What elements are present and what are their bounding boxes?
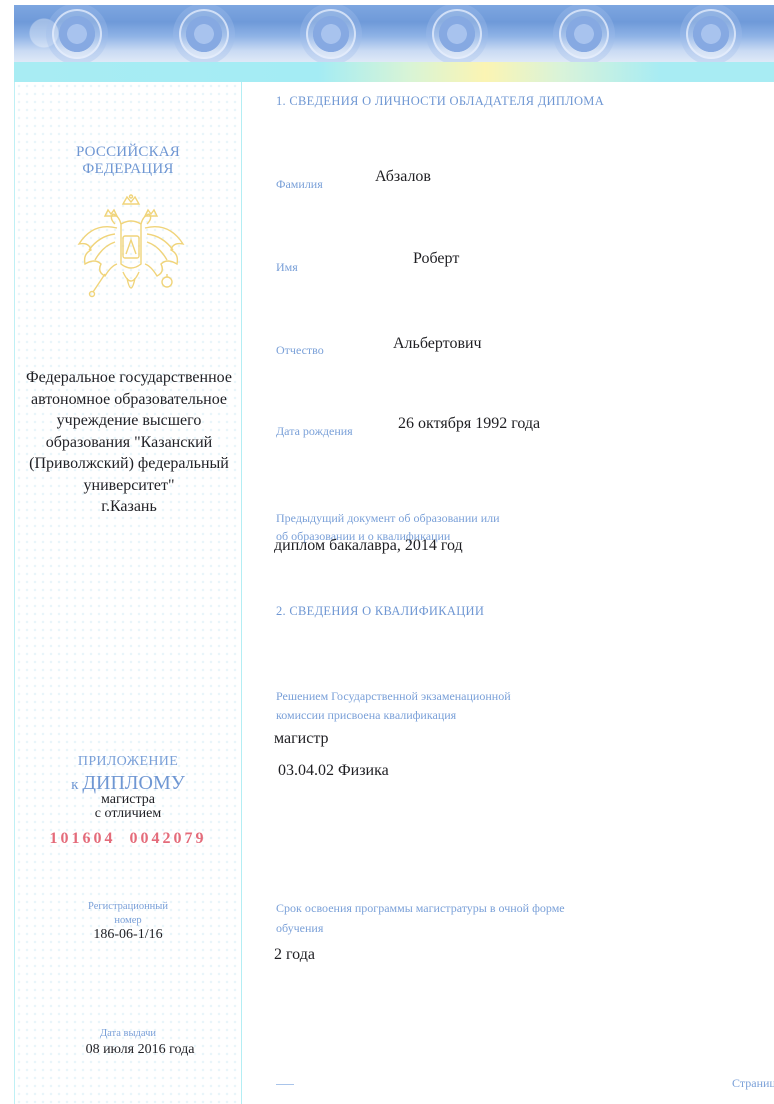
- birth-date-label: Дата рождения: [276, 424, 353, 439]
- org-line: Федеральное государственное: [15, 367, 243, 389]
- left-panel: РОССИЙСКАЯ ФЕДЕРАЦИЯ: [14, 82, 242, 1104]
- appendix-label: ПРИЛОЖЕНИЕ: [15, 754, 241, 770]
- country-line-2: ФЕДЕРАЦИЯ: [15, 161, 241, 178]
- degree-line-1: магистра: [15, 793, 241, 807]
- qualification-value: магистр: [274, 730, 329, 748]
- duration-label-line-1: Срок освоения программы магистратуры в о…: [276, 898, 565, 918]
- degree-type: магистра с отличием: [15, 793, 241, 821]
- reg-number-label: Регистрационный номер: [15, 900, 241, 928]
- country-name: РОССИЙСКАЯ ФЕДЕРАЦИЯ: [15, 144, 241, 178]
- org-line: образования "Казанский: [15, 432, 243, 454]
- name-label: Имя: [276, 260, 298, 275]
- section-2-title: 2. СВЕДЕНИЯ О КВАЛИФИКАЦИИ: [276, 604, 484, 619]
- patronymic-value: Альбертович: [393, 335, 482, 353]
- org-line: учреждение высшего: [15, 410, 243, 432]
- rosette-icon: [686, 9, 736, 59]
- diploma-label-word: ДИПЛОМУ: [82, 772, 184, 794]
- prev-doc-value: диплом бакалавра, 2014 год: [274, 537, 463, 555]
- birth-date-value: 26 октября 1992 года: [398, 415, 540, 433]
- name-value: Роберт: [413, 250, 459, 268]
- org-line: г.Казань: [15, 496, 243, 518]
- rosette-icon: [306, 9, 356, 59]
- main-panel: 1. СВЕДЕНИЯ О ЛИЧНОСТИ ОБЛАДАТЕЛЯ ДИПЛОМ…: [241, 82, 774, 1104]
- diploma-label-prefix: к: [71, 777, 78, 793]
- org-line: университет": [15, 475, 243, 497]
- section-1-title: 1. СВЕДЕНИЯ О ЛИЧНОСТИ ОБЛАДАТЕЛЯ ДИПЛОМ…: [276, 94, 604, 109]
- surname-label: Фамилия: [276, 177, 323, 192]
- organization-name: Федеральное государственное автономное о…: [15, 367, 243, 518]
- degree-line-2: с отличием: [15, 807, 241, 821]
- org-line: автономное образовательное: [15, 389, 243, 411]
- rosette-icon: [52, 9, 102, 59]
- footer-dash: [276, 1084, 294, 1085]
- security-banner: [14, 5, 774, 82]
- issue-date-label: Дата выдачи: [15, 1028, 241, 1039]
- issue-date: 08 июля 2016 года: [27, 1042, 253, 1058]
- duration-label-line-2: обучения: [276, 918, 565, 938]
- rainbow-band: [14, 62, 774, 82]
- duration-value: 2 года: [274, 946, 315, 964]
- page-label: Страница: [732, 1076, 774, 1091]
- org-line: (Приволжский) федеральный: [15, 453, 243, 475]
- patronymic-label: Отчество: [276, 343, 324, 358]
- country-line-1: РОССИЙСКАЯ: [15, 144, 241, 161]
- rosette-icon: [432, 9, 482, 59]
- russian-coat-of-arms-icon: [71, 194, 191, 304]
- reg-number-label-line-2: номер: [15, 914, 241, 928]
- duration-label: Срок освоения программы магистратуры в о…: [276, 898, 565, 938]
- qualification-label-line-1: Решением Государственной экзаменационной: [276, 687, 511, 706]
- qualification-label: Решением Государственной экзаменационной…: [276, 687, 511, 725]
- specialty-value: 03.04.02 Физика: [278, 762, 389, 780]
- rosette-icon: [179, 9, 229, 59]
- reg-number-label-line-1: Регистрационный: [15, 900, 241, 914]
- rosette-pattern: [14, 5, 774, 62]
- serial-number: 101604 0042079: [15, 830, 241, 848]
- reg-number: 186-06-1/16: [15, 927, 241, 943]
- prev-doc-label-line-1: Предыдущий документ об образовании или: [276, 509, 500, 527]
- rosette-icon: [559, 9, 609, 59]
- surname-value: Абзалов: [375, 168, 431, 186]
- qualification-label-line-2: комиссии присвоена квалификация: [276, 706, 511, 725]
